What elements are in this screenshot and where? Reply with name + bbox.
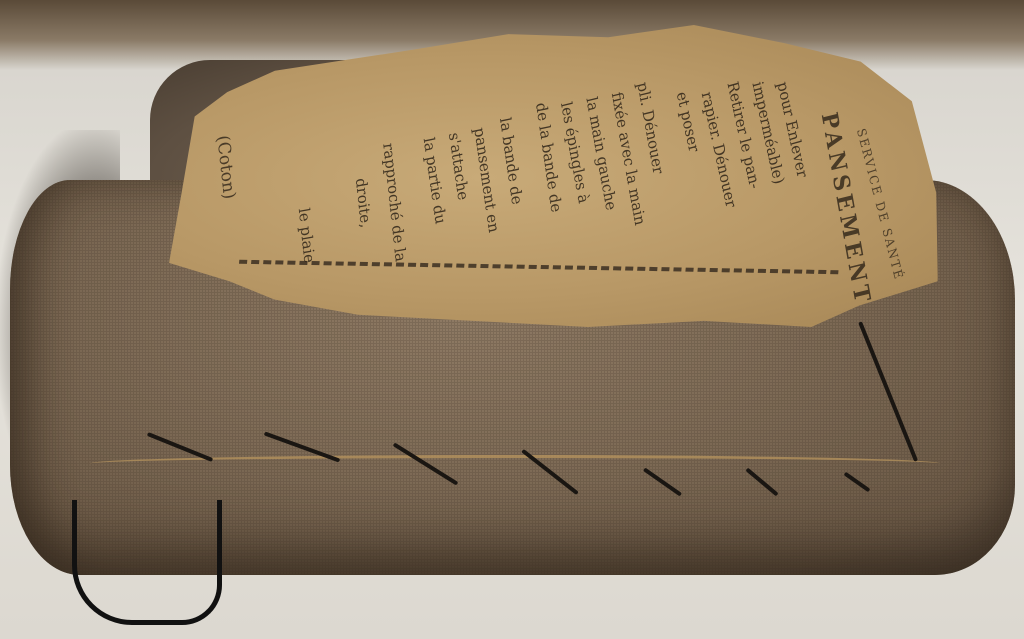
label-text-line: droite, (350, 176, 377, 229)
label-dashed-border (239, 260, 839, 274)
pouch-seam (90, 455, 940, 498)
label-caption: (Coton) (212, 134, 239, 201)
tie-cord (72, 500, 222, 625)
paper-label: (Coton) PANSEMENT SERVICE DE SANTÉ pour … (164, 25, 955, 330)
label-text-line: rapproché de la (377, 141, 412, 263)
photo-scene: (Coton) PANSEMENT SERVICE DE SANTÉ pour … (0, 0, 1024, 639)
label-text-line: le plaie (293, 206, 321, 264)
